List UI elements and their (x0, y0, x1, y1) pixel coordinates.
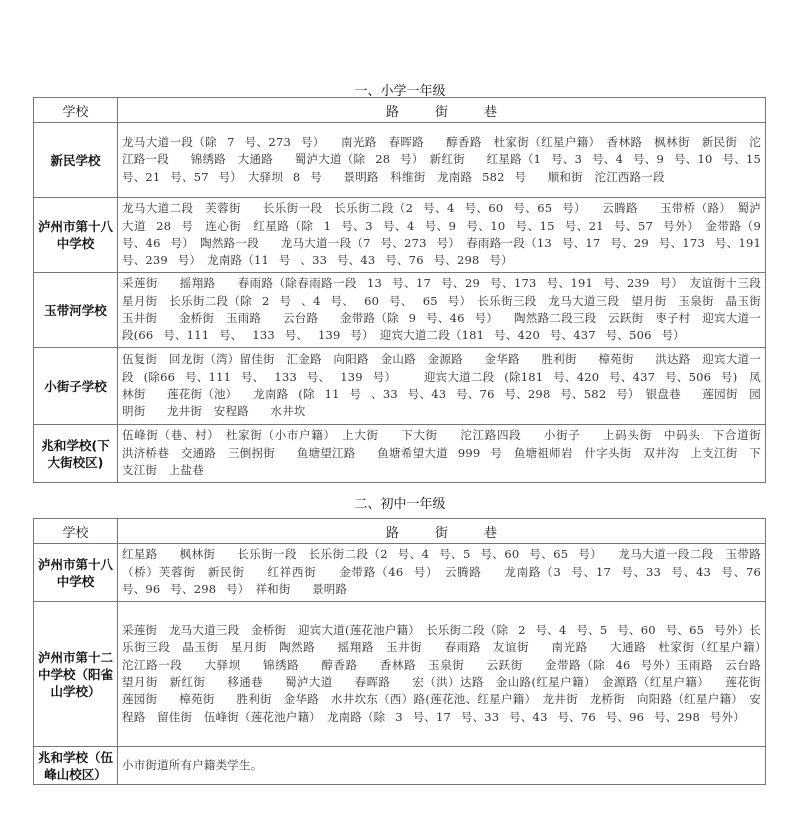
street-list: 采莲街 摇翔路 春雨路（除春雨路一段 13 号、17 号、29 号、173 号、… (118, 273, 766, 348)
header-school: 学校 (34, 519, 118, 544)
table-row: 兆和学校（伍峰山校区） 小市街道所有户籍类学生。 (34, 747, 766, 785)
table-row: 泸州市第十二中学校（阳雀山学校） 采莲街 龙马大道三段 金桥街 迎宾大道(莲花池… (34, 602, 766, 747)
header-streets: 路街巷 (118, 519, 766, 544)
school-name: 兆和学校（伍峰山校区） (34, 747, 118, 785)
table-row: 泸州市第十八中学校 红星路 枫林街 长乐街一段 长乐街二段（2 号、4 号、5 … (34, 544, 766, 602)
table-row: 泸州市第十八中学校 龙马大道二段 芙蓉街 长乐街一段 长乐街二段（2 号、4 号… (34, 198, 766, 273)
street-list: 伍复街 回龙街（湾）留佳街 汇金路 向阳路 金山路 金源路 金华路 胜利街 樟苑… (118, 348, 766, 425)
header-streets: 路街巷 (118, 98, 766, 123)
school-name: 泸州市第十二中学校（阳雀山学校） (34, 602, 118, 747)
primary-school-zone-table: 学校 路街巷 新民学校 龙马大道一段（除 7 号、273 号） 南光路 春晖路 … (33, 97, 766, 483)
school-name: 兆和学校(下大街校区) (34, 425, 118, 483)
table-row: 玉带河学校 采莲街 摇翔路 春雨路（除春雨路一段 13 号、17 号、29 号、… (34, 273, 766, 348)
street-list: 伍峰街（巷、村） 杜家街（小市户籍） 上大街 下大街 沱江路四段 小街子 上码头… (118, 425, 766, 483)
header-school: 学校 (34, 98, 118, 123)
school-name: 泸州市第十八中学校 (34, 198, 118, 273)
table-row: 兆和学校(下大街校区) 伍峰街（巷、村） 杜家街（小市户籍） 上大街 下大街 沱… (34, 425, 766, 483)
table-header-row: 学校 路街巷 (34, 519, 766, 544)
street-list: 采莲街 龙马大道三段 金桥街 迎宾大道(莲花池户籍） 长乐街二段（除 2 号、4… (118, 602, 766, 747)
table-header-row: 学校 路街巷 (34, 98, 766, 123)
street-list: 龙马大道二段 芙蓉街 长乐街一段 长乐街二段（2 号、4 号、60 号、65 号… (118, 198, 766, 273)
junior-school-zone-table: 学校 路街巷 泸州市第十八中学校 红星路 枫林街 长乐街一段 长乐街二段（2 号… (33, 518, 766, 785)
street-list: 红星路 枫林街 长乐街一段 长乐街二段（2 号、4 号、5 号、60 号、65 … (118, 544, 766, 602)
street-list: 小市街道所有户籍类学生。 (118, 747, 766, 785)
table-row: 新民学校 龙马大道一段（除 7 号、273 号） 南光路 春晖路 醇香路 杜家街… (34, 123, 766, 198)
school-name: 玉带河学校 (34, 273, 118, 348)
table-row: 小街子学校 伍复街 回龙街（湾）留佳街 汇金路 向阳路 金山路 金源路 金华路 … (34, 348, 766, 425)
school-name: 小街子学校 (34, 348, 118, 425)
school-name: 新民学校 (34, 123, 118, 198)
school-name: 泸州市第十八中学校 (34, 544, 118, 602)
section-title-junior: 二、初中一年级 (0, 493, 800, 512)
street-list: 龙马大道一段（除 7 号、273 号） 南光路 春晖路 醇香路 杜家街（红星户籍… (118, 123, 766, 198)
